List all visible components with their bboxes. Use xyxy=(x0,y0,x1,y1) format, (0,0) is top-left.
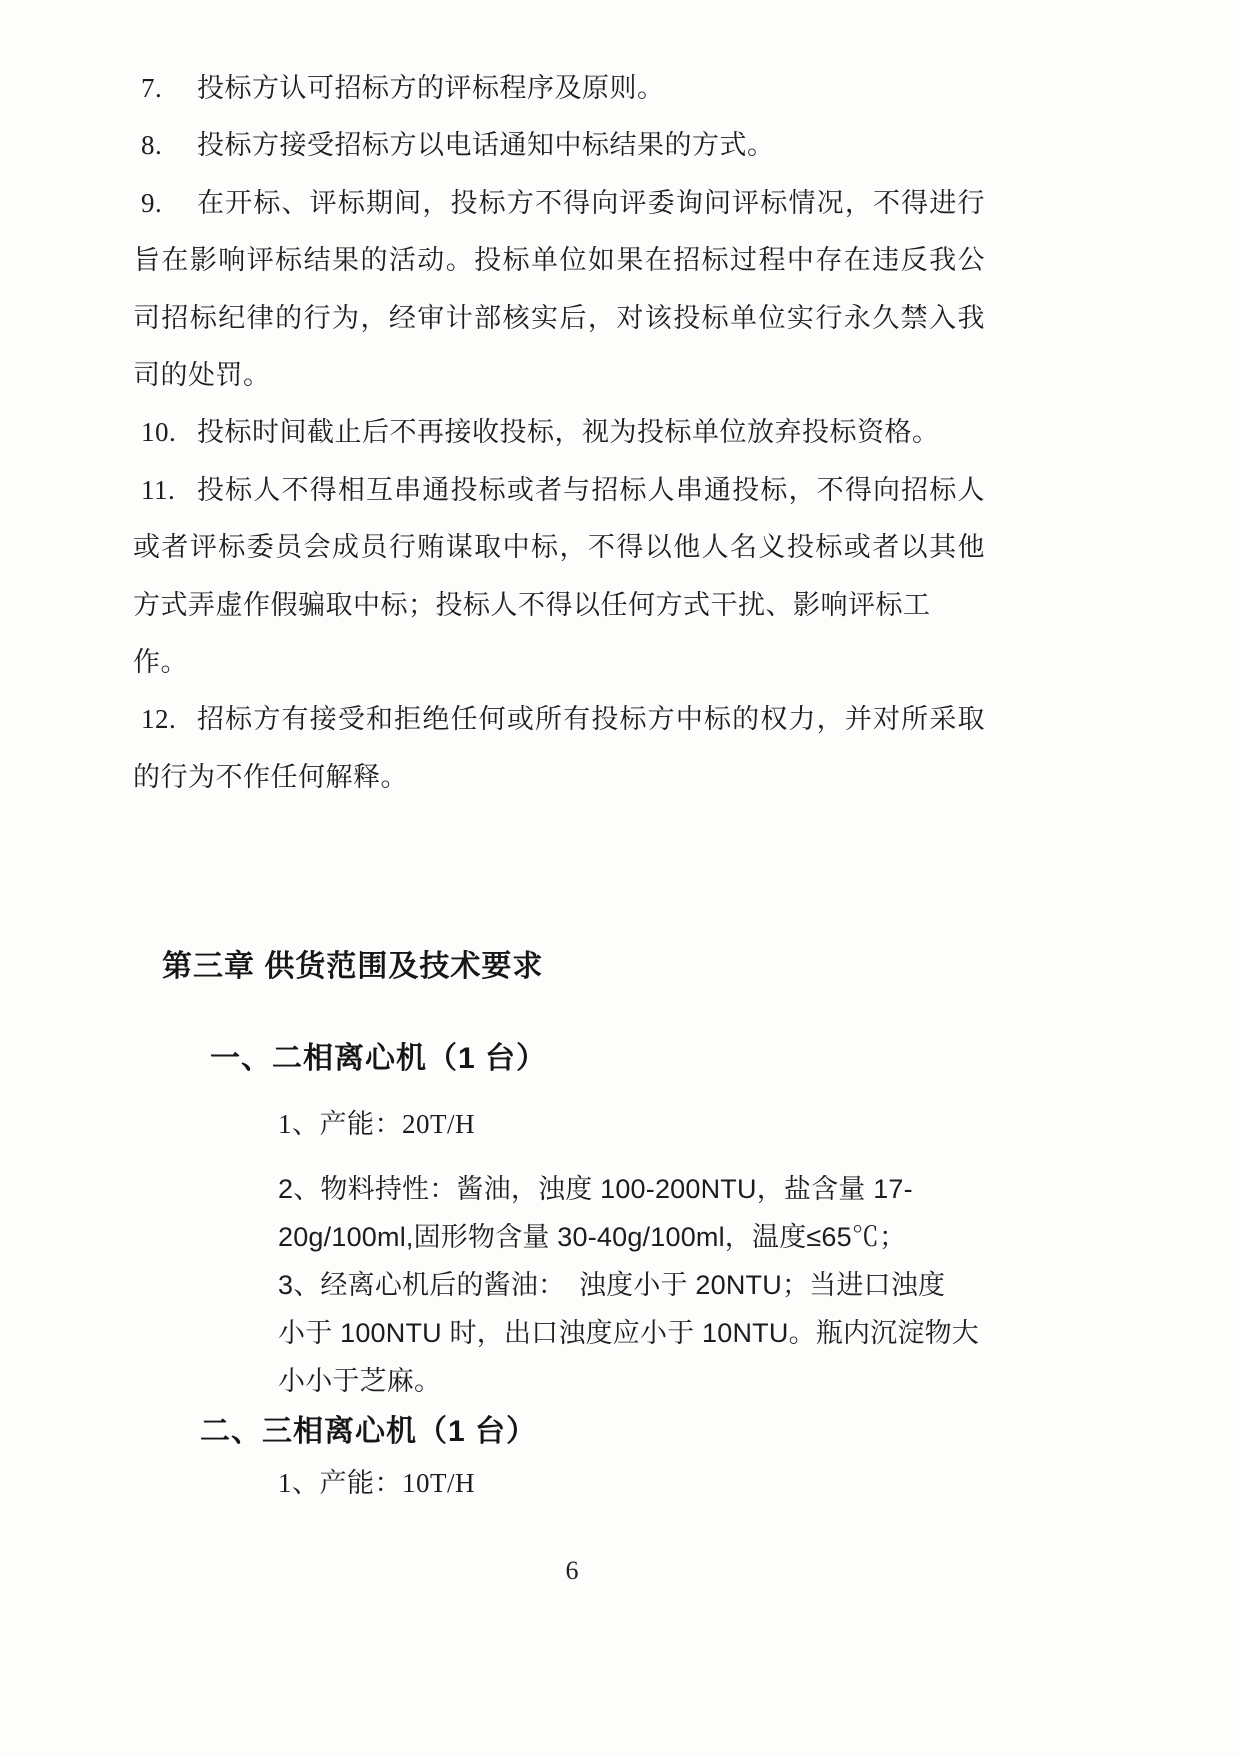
section-2-heading: 二、三相离心机（1 台） xyxy=(200,1413,537,1451)
terms-list: 7.投标方认可招标方的评标程序及原则。8.投标方接受招标方以电话通知中标结果的方… xyxy=(133,60,985,806)
document-page: 7.投标方认可招标方的评标程序及原则。8.投标方接受招标方以电话通知中标结果的方… xyxy=(0,0,1240,1755)
term-item-number: 7. xyxy=(133,60,197,117)
spec-item-line: 20g/100ml,固形物含量 30-40g/100ml，温度≤65℃； xyxy=(278,1213,988,1261)
spec-item: 1、产能：10T/H xyxy=(278,1459,988,1507)
spec-item-line: 1、产能：10T/H xyxy=(278,1459,988,1507)
term-item: 10.投标时间截止后不再接收投标，视为投标单位放弃投标资格。 xyxy=(133,404,985,461)
page-number: 6 xyxy=(552,1556,592,1586)
spec-item-line: 2、物料持性：酱油，浊度 100-200NTU，盐含量 17- xyxy=(278,1165,988,1213)
term-item-line: 旨在影响评标结果的活动。投标单位如果在招标过程中存在违反我公 xyxy=(133,232,985,289)
spec-item-line: 小小于芝麻。 xyxy=(278,1357,988,1405)
term-item-text: 投标方接受招标方以电话通知中标结果的方式。 xyxy=(197,117,985,174)
spec-item: 2、物料持性：酱油，浊度 100-200NTU，盐含量 17-20g/100ml… xyxy=(278,1165,988,1261)
term-item-number: 11. xyxy=(133,462,197,519)
spec-item-line: 小于 100NTU 时，出口浊度应小于 10NTU。瓶内沉淀物大 xyxy=(278,1309,988,1357)
term-item: 8.投标方接受招标方以电话通知中标结果的方式。 xyxy=(133,117,985,174)
section-1-items: 1、产能：20T/H2、物料持性：酱油，浊度 100-200NTU，盐含量 17… xyxy=(278,1100,988,1405)
term-item-text: 在开标、评标期间，投标方不得向评委询问评标情况，不得进行 xyxy=(197,175,985,232)
spec-item: 1、产能：20T/H xyxy=(278,1100,988,1148)
term-item-line: 方式弄虚作假骗取中标；投标人不得以任何方式干扰、影响评标工作。 xyxy=(133,577,985,692)
section-1-heading: 一、二相离心机（1 台） xyxy=(210,1040,547,1078)
term-item-text: 投标时间截止后不再接收投标，视为投标单位放弃投标资格。 xyxy=(197,404,985,461)
term-item: 11.投标人不得相互串通投标或者与招标人串通投标，不得向招标人 xyxy=(133,462,985,519)
chapter-heading: 第三章 供货范围及技术要求 xyxy=(162,948,543,986)
spec-item-line: 3、经离心机后的酱油： 浊度小于 20NTU；当进口浊度 xyxy=(278,1261,988,1309)
spec-item: 3、经离心机后的酱油： 浊度小于 20NTU；当进口浊度小于 100NTU 时，… xyxy=(278,1261,988,1405)
term-item-number: 10. xyxy=(133,404,197,461)
term-item-line: 或者评标委员会成员行贿谋取中标，不得以他人名义投标或者以其他 xyxy=(133,519,985,576)
term-item: 9.在开标、评标期间，投标方不得向评委询问评标情况，不得进行 xyxy=(133,175,985,232)
term-item-text: 招标方有接受和拒绝任何或所有投标方中标的权力，并对所采取 xyxy=(197,691,985,748)
term-item: 7.投标方认可招标方的评标程序及原则。 xyxy=(133,60,985,117)
term-item-number: 12. xyxy=(133,691,197,748)
term-item-line: 司的处罚。 xyxy=(133,347,985,404)
term-item-number: 9. xyxy=(133,175,197,232)
term-item-text: 投标方认可招标方的评标程序及原则。 xyxy=(197,60,985,117)
term-item-text: 投标人不得相互串通投标或者与招标人串通投标，不得向招标人 xyxy=(197,462,985,519)
term-item-line: 司招标纪律的行为，经审计部核实后，对该投标单位实行永久禁入我 xyxy=(133,290,985,347)
term-item-number: 8. xyxy=(133,117,197,174)
spec-item-line: 1、产能：20T/H xyxy=(278,1100,988,1148)
term-item: 12.招标方有接受和拒绝任何或所有投标方中标的权力，并对所采取 xyxy=(133,691,985,748)
term-item-line: 的行为不作任何解释。 xyxy=(133,749,985,806)
section-2-items: 1、产能：10T/H xyxy=(278,1459,988,1507)
